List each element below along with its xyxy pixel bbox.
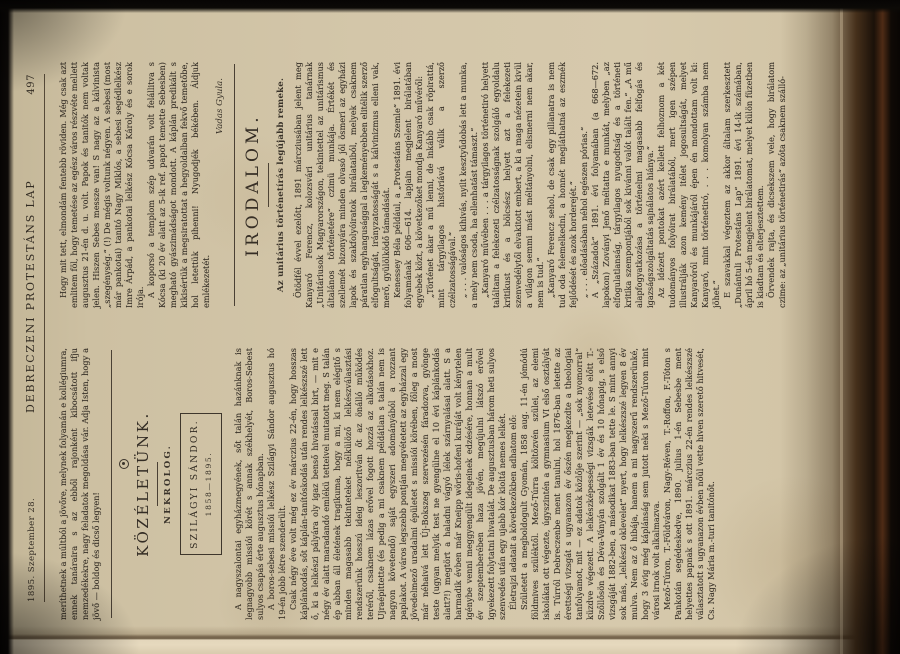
paragraph: Csak négy éve volt még ez év márczius 22… — [288, 348, 508, 620]
page-content: 1895. Szeptember 28. DEBRECZENI PROTESTÁ… — [0, 0, 900, 654]
circle-dot-ornament-icon — [119, 459, 129, 469]
paragraph: A koporsó a templom szép udvarán volt fe… — [146, 62, 212, 308]
issue-date: 1895. Szeptember 28. — [27, 498, 37, 602]
section-divider-rule — [234, 64, 235, 306]
paragraph: E szavakkal végeztem az akkor általam sz… — [722, 62, 766, 308]
subsection-nekrolog: NEKROLOG. — [163, 348, 173, 620]
previous-article-end: meríthetnek a múltból a jövőre, melynek … — [58, 348, 102, 620]
newspaper-page: 1895. Szeptember 28. DEBRECZENI PROTESTÁ… — [0, 0, 900, 654]
paragraph: Örvendek rajta, és dicsekszem vele, hogy… — [766, 62, 788, 308]
paragraph: „Történet akar a mű lenni, de inkább csa… — [425, 62, 458, 308]
paragraph: Kenessey Béla például, a „Protestáns Sze… — [392, 62, 425, 308]
author-signature: Vadas Gyula. — [215, 62, 225, 308]
deceased-name: SZILÁGYI SÁNDOR. — [189, 418, 200, 550]
paragraph: „ . . . előadásában néhol egészen pórias… — [579, 62, 590, 308]
section-title-irodalom: IRODALOM. — [243, 62, 263, 308]
review-paragraphs: Ötödfél évvel ezelőtt, 1891 márcziusában… — [293, 62, 788, 308]
paragraph: Született a megboldogult Gyomán, 1858 au… — [519, 348, 662, 620]
scanned-book-page-photo: 1895. Szeptember 28. DEBRECZENI PROTESTÁ… — [0, 0, 900, 654]
paragraph: A nagyszalontai egyházmegyének, sőt talá… — [233, 348, 266, 620]
review-subtitle: Az unitárius történetírás legújabb remek… — [276, 62, 286, 308]
masthead-title: DEBRECZENI PROTESTÁNS LAP — [24, 180, 37, 413]
obituary-name-box: SZILÁGYI SÁNDOR. 1858—1895. — [180, 413, 222, 555]
section-title-kozeletunk: KÖZÉLETÜNK. — [134, 348, 152, 620]
left-column: meríthetnek a múltból a jövőre, melynek … — [58, 348, 788, 620]
nekrolog-continuation-paragraphs: Hogy mit tett, elmondám fentebb röviden.… — [58, 62, 212, 308]
end-ornament-icon — [116, 348, 129, 580]
rotated-page-container: 1895. Szeptember 28. DEBRECZENI PROTESTÁ… — [0, 0, 900, 654]
section-divider-rule — [111, 350, 112, 618]
paragraph: Hogy mit tett, elmondám fentebb röviden.… — [58, 62, 146, 308]
deceased-years: 1858—1895. — [204, 418, 213, 550]
heading-rule — [157, 462, 158, 506]
page-number: 497 — [26, 74, 37, 95]
paragraph: A „Századok“ 1891. évi folyamában (a 668… — [590, 62, 656, 308]
text-columns: meríthetnek a múltból a jövőre, melynek … — [58, 62, 788, 620]
paragraph: Az idézett pontokat azért kellett felhoz… — [656, 62, 722, 308]
paragraph: A boros-sebesi missiói lelkész Szilágyi … — [266, 348, 288, 620]
right-column: Hogy mit tett, elmondám fentebb röviden.… — [58, 62, 788, 308]
page-header: 1895. Szeptember 28. DEBRECZENI PROTESTÁ… — [24, 74, 45, 602]
paragraph: „Kanyaró művében . . . a tárgyilagos tör… — [480, 62, 546, 308]
heading-rule — [268, 163, 269, 207]
nekrolog-paragraphs: A nagyszalontai egyházmegyének, sőt talá… — [233, 348, 717, 620]
paragraph: Ötödfél évvel ezelőtt, 1891 márcziusában… — [293, 62, 392, 308]
paragraph: „Kanyaró Ferencz sehol, de csak egy pill… — [546, 62, 579, 308]
paragraph: Mező-Túron, T.-Földváron, Nagy-Réven, T.… — [662, 348, 717, 620]
paragraph: „ . . . valóságos kihivás, nyilt kesztyű… — [458, 62, 480, 308]
paragraph: Életrajzi adatait a következőkben adhato… — [508, 348, 519, 620]
